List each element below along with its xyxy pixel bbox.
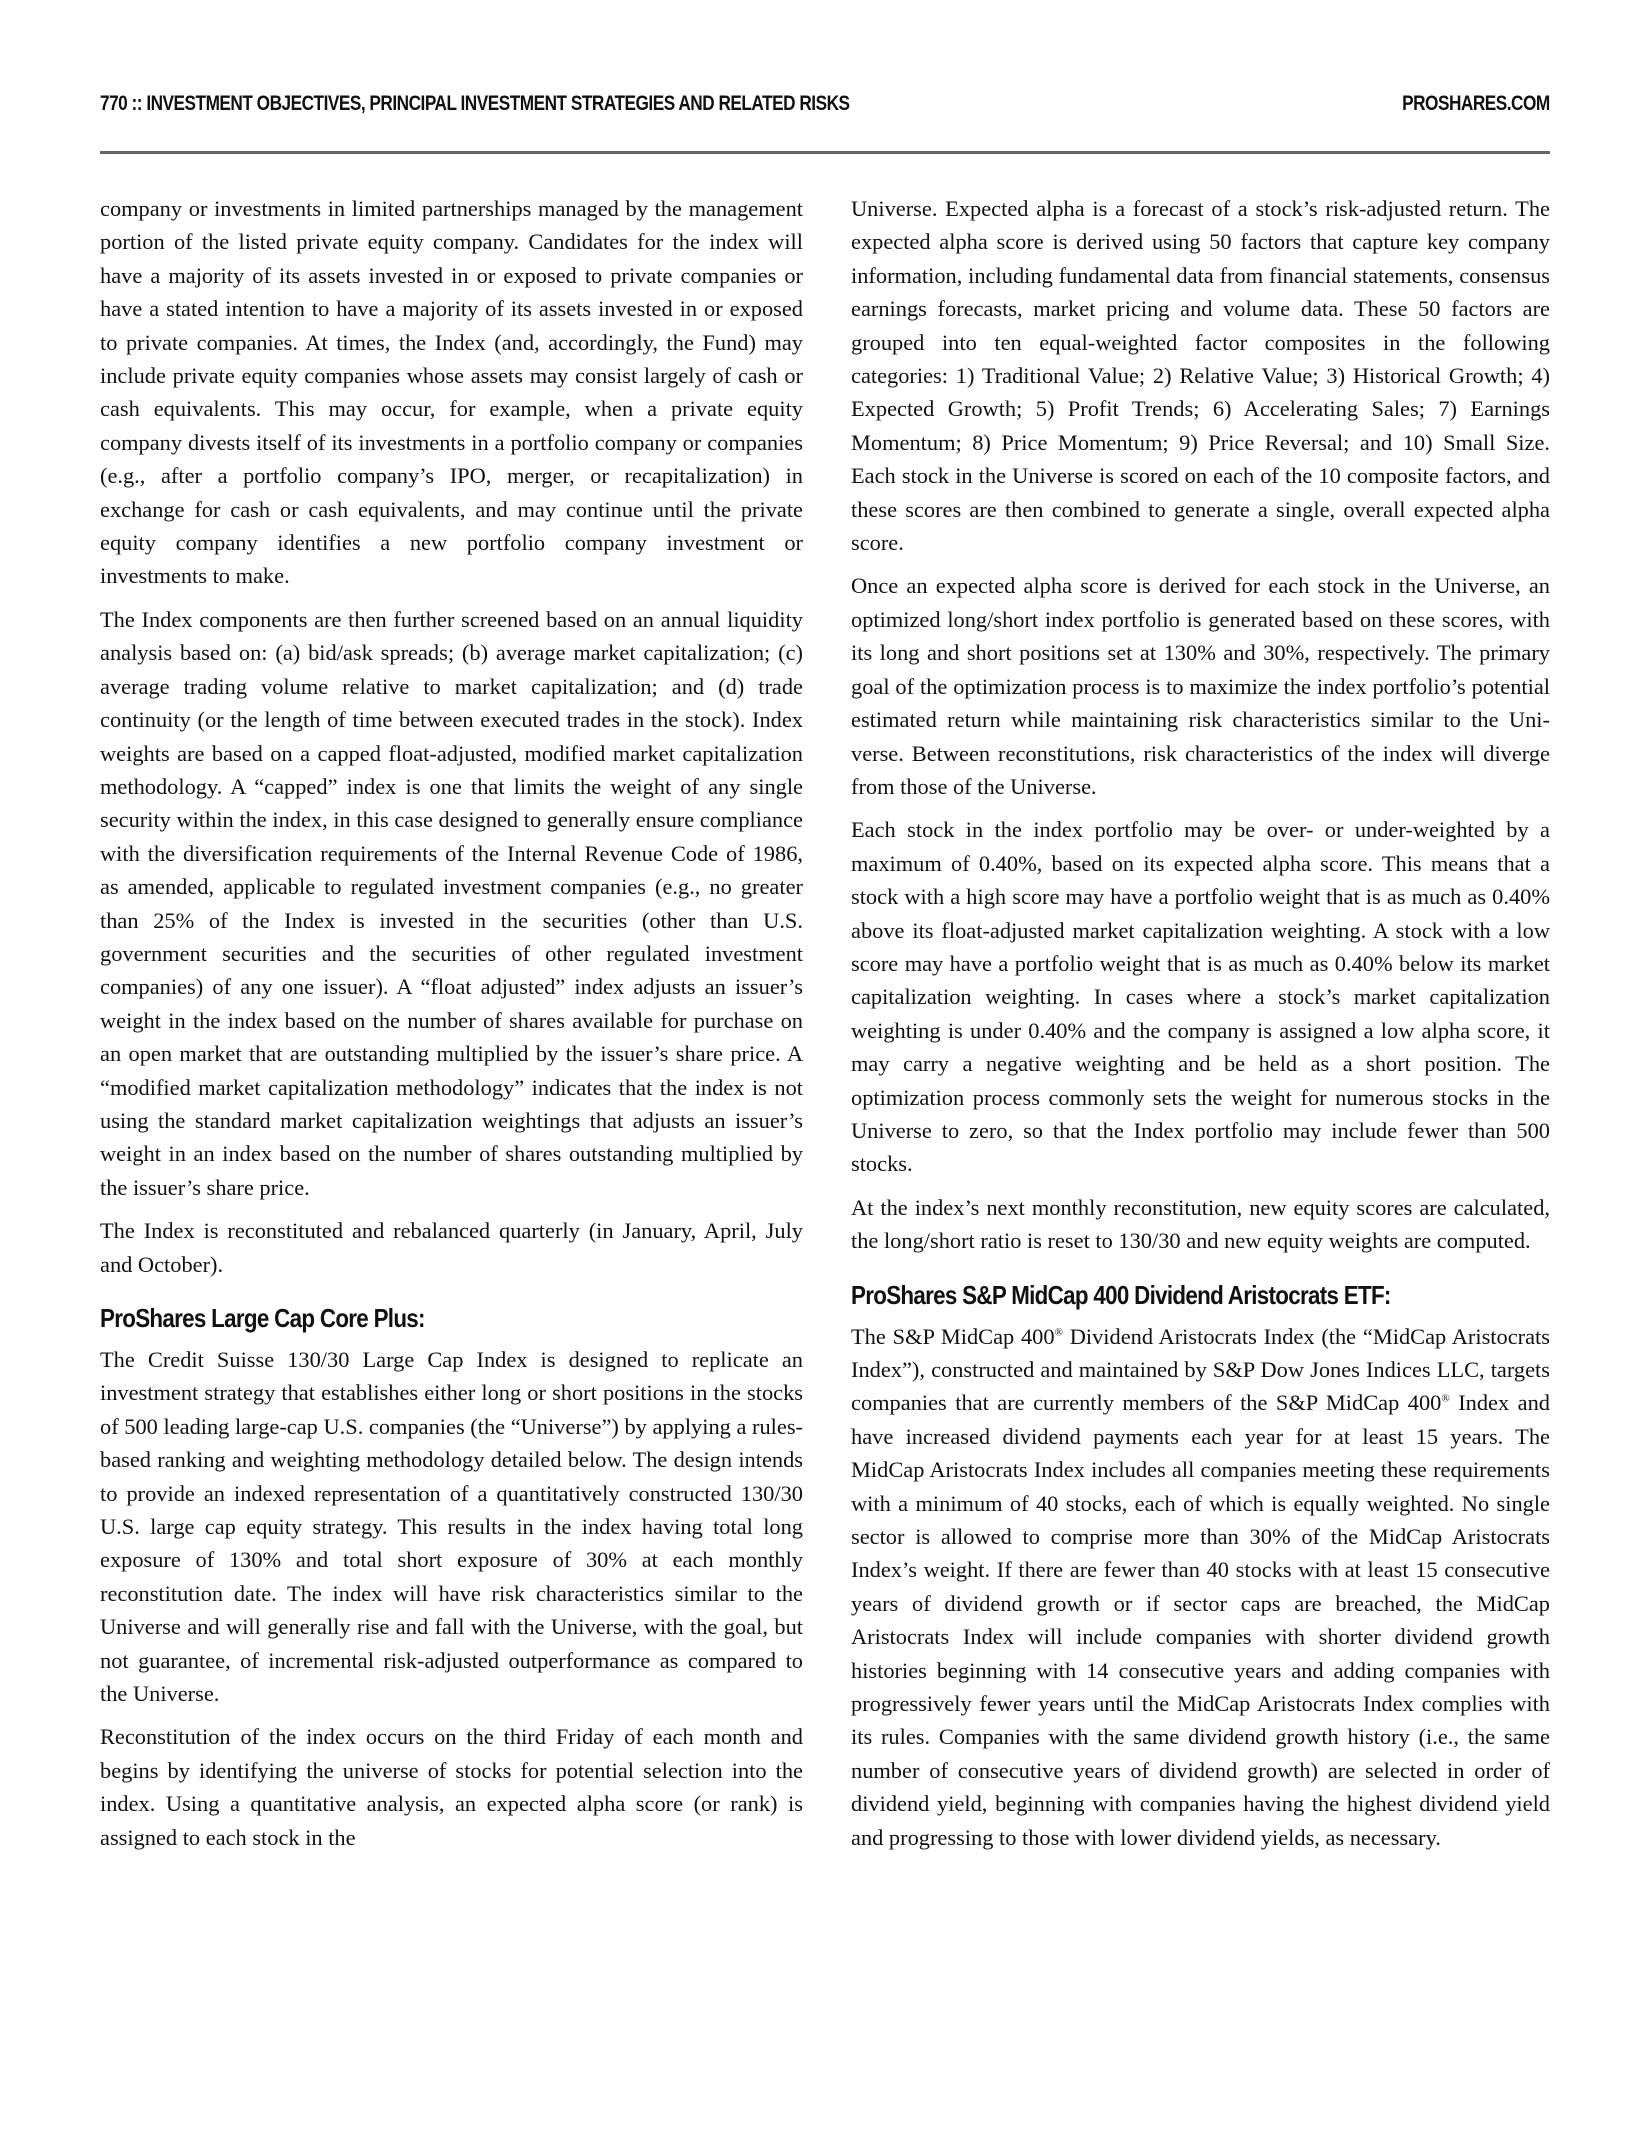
- section-heading-midcap-dividend-aristocrats: ProShares S&P MidCap 400 Dividend Aristo…: [851, 1278, 1452, 1312]
- registered-mark: ®: [1055, 1326, 1063, 1338]
- left-column: company or investments in limited partne…: [100, 192, 803, 1864]
- text-run: Index and have increased dividend paymen…: [851, 1390, 1550, 1849]
- site-name: PROSHARES.COM: [1402, 92, 1550, 122]
- right-column: Universe. Expected alpha is a forecast o…: [851, 192, 1550, 1864]
- paragraph: company or investments in limited partne…: [100, 192, 803, 593]
- page-header-title: 770 :: INVESTMENT OBJECTIVES, PRINCIPAL …: [100, 92, 850, 122]
- paragraph: Reconstitution of the index occurs on th…: [100, 1720, 803, 1854]
- paragraph: Each stock in the index portfolio may be…: [851, 813, 1550, 1180]
- paragraph: The S&P MidCap 400® Dividend Aristocrats…: [851, 1320, 1550, 1855]
- page-header: 770 :: INVESTMENT OBJECTIVES, PRINCIPAL …: [100, 92, 1550, 122]
- header-divider: [100, 151, 1550, 154]
- section-heading-large-cap-core-plus: ProShares Large Cap Core Plus:: [100, 1301, 705, 1335]
- paragraph: The Index is reconstituted and rebalance…: [100, 1214, 803, 1281]
- paragraph: The Index components are then further sc…: [100, 603, 803, 1204]
- paragraph: The Credit Suisse 130/30 Large Cap Index…: [100, 1343, 803, 1710]
- paragraph: Universe. Expected alpha is a forecast o…: [851, 192, 1550, 559]
- paragraph: Once an expected alpha score is derived …: [851, 569, 1550, 803]
- text-run: The S&P MidCap 400: [851, 1324, 1055, 1349]
- paragraph: At the index’s next monthly reconstituti…: [851, 1191, 1550, 1258]
- registered-mark: ®: [1441, 1393, 1449, 1405]
